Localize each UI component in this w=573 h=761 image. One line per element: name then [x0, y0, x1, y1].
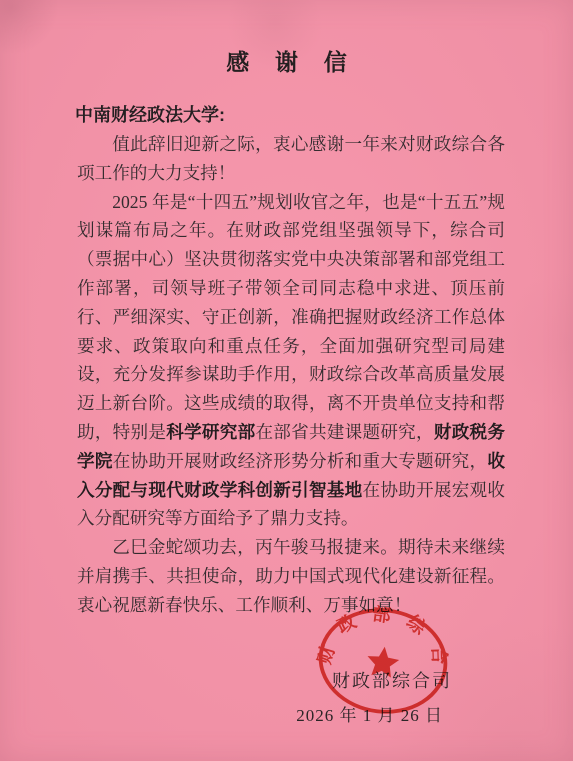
salutation: 中南财经政法大学:	[75, 101, 573, 127]
signature: 财政部综合司	[332, 667, 452, 693]
paragraph-text: 乙巳金蛇颂功去，丙午骏马报捷来。期待未来继续并肩携手、共担使命，助力中国式现代化…	[77, 537, 505, 615]
letter-paragraph: 2025 年是“十四五”规划收官之年，也是“十五五”规划谋篇布局之年。在财政部党…	[77, 188, 505, 534]
bold-org-name: 科学研究部	[166, 422, 255, 442]
paragraph-text: 在协助开展财政经济形势分析和重大专题研究，	[113, 451, 488, 471]
paragraph-text: 2025 年是“十四五”规划收官之年，也是“十五五”规划谋篇布局之年。在财政部党…	[77, 192, 505, 442]
letter-paragraph: 乙巳金蛇颂功去，丙午骏马报捷来。期待未来继续并肩携手、共担使命，助力中国式现代化…	[77, 533, 505, 619]
date: 2026 年 1 月 26 日	[296, 701, 443, 726]
letter-title: 感 谢 信	[0, 0, 573, 77]
paragraph-text: 在部省共建课题研究，	[255, 422, 433, 442]
thank-you-letter-page: 感 谢 信 中南财经政法大学: 值此辞旧迎新之际，衷心感谢一年来对财政综合各项工…	[0, 0, 573, 761]
letter-body: 值此辞旧迎新之际，衷心感谢一年来对财政综合各项工作的大力支持！2025 年是“十…	[77, 130, 505, 620]
paragraph-text: 值此辞旧迎新之际，衷心感谢一年来对财政综合各项工作的大力支持！	[77, 134, 505, 183]
letter-paragraph: 值此辞旧迎新之际，衷心感谢一年来对财政综合各项工作的大力支持！	[77, 130, 505, 188]
